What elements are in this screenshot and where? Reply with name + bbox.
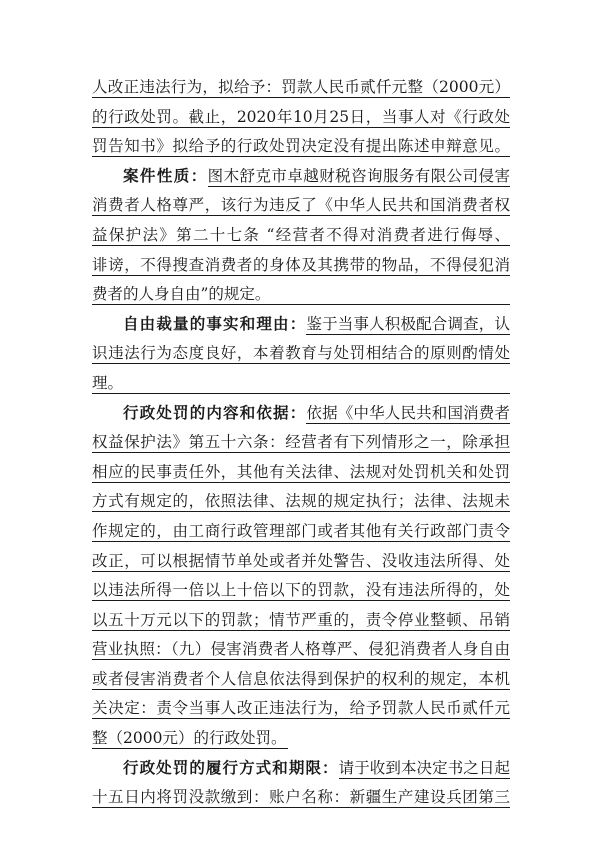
text-line: 理。: [92, 372, 510, 402]
text-line: 作规定的，由工商行政管理部门或者其他有关行政部门责令: [92, 520, 510, 550]
text-line: 或者侵害消费者个人信息依法得到保护的权利的规定，本机: [92, 668, 510, 698]
discretion-heading-line: 自由裁量的事实和理由：鉴于当事人积极配合调查，认: [92, 313, 510, 343]
performance-label: 行政处罚的履行方式和期限：: [123, 758, 339, 777]
text-line: 十五日内将罚没款缴到：账户名称：新疆生产建设兵团第三: [92, 786, 510, 816]
document-page: 人改正违法行为，拟给予：罚款人民币贰仟元整（2000元） 的行政处罚。截止，20…: [92, 76, 510, 816]
text-line: 整（2000元）的行政处罚。: [92, 727, 510, 757]
text-line: 消费者人格尊严，该行为违反了《中华人民共和国消费者权: [92, 194, 510, 224]
text-line: 识违法行为态度良好，本着教育与处罚相结合的原则酌情处: [92, 342, 510, 372]
text-line: 以五十万元以下的罚款；情节严重的，责令停业整顿、吊销: [92, 609, 510, 639]
text-line: 罚告知书》拟给予的行政处罚决定没有提出陈述申辩意见。: [92, 135, 510, 165]
text-line: 方式有规定的，依照法律、法规的规定执行；法律、法规未: [92, 490, 510, 520]
penalty-basis-heading-line: 行政处罚的内容和依据：依据《中华人民共和国消费者: [92, 402, 510, 432]
text-segment: 图木舒克市卓越财税咨询服务有限公司侵害: [208, 167, 510, 187]
text-line: 益保护法》第二十七条 “经营者不得对消费者进行侮辱、: [92, 224, 510, 254]
text-line: 诽谤，不得搜查消费者的身体及其携带的物品，不得侵犯消: [92, 254, 510, 284]
text-line: 权益保护法》第五十六条：经营者有下列情形之一，除承担: [92, 431, 510, 461]
discretion-label: 自由裁量的事实和理由：: [123, 314, 306, 333]
penalty-basis-label: 行政处罚的内容和依据：: [123, 403, 306, 422]
text-segment: 依据《中华人民共和国消费者: [306, 404, 510, 424]
text-line: 以违法所得一倍以上十倍以下的罚款，没有违法所得的，处: [92, 579, 510, 609]
case-nature-heading-line: 案件性质：图木舒克市卓越财税咨询服务有限公司侵害: [92, 165, 510, 195]
text-line: 费者的人身自由”的规定。: [92, 283, 510, 313]
text-line: 人改正违法行为，拟给予：罚款人民币贰仟元整（2000元）: [92, 76, 510, 106]
case-nature-label: 案件性质：: [123, 166, 208, 185]
text-line: 改正，可以根据情节单处或者并处警告、没收违法所得、处: [92, 550, 510, 580]
text-segment: 请于收到本决定书之日起: [339, 759, 510, 779]
text-line: 营业执照：（九）侵害消费者人格尊严、侵犯消费者人身自由: [92, 638, 510, 668]
performance-heading-line: 行政处罚的履行方式和期限：请于收到本决定书之日起: [92, 757, 510, 787]
text-line: 相应的民事责任外，其他有关法律、法规对处罚机关和处罚: [92, 461, 510, 491]
text-segment: 鉴于当事人积极配合调查，认: [306, 315, 510, 335]
text-line: 的行政处罚。截止，2020年10月25日，当事人对《行政处: [92, 106, 510, 136]
text-line: 关决定：责令当事人改正违法行为，给予罚款人民币贰仟元: [92, 697, 510, 727]
